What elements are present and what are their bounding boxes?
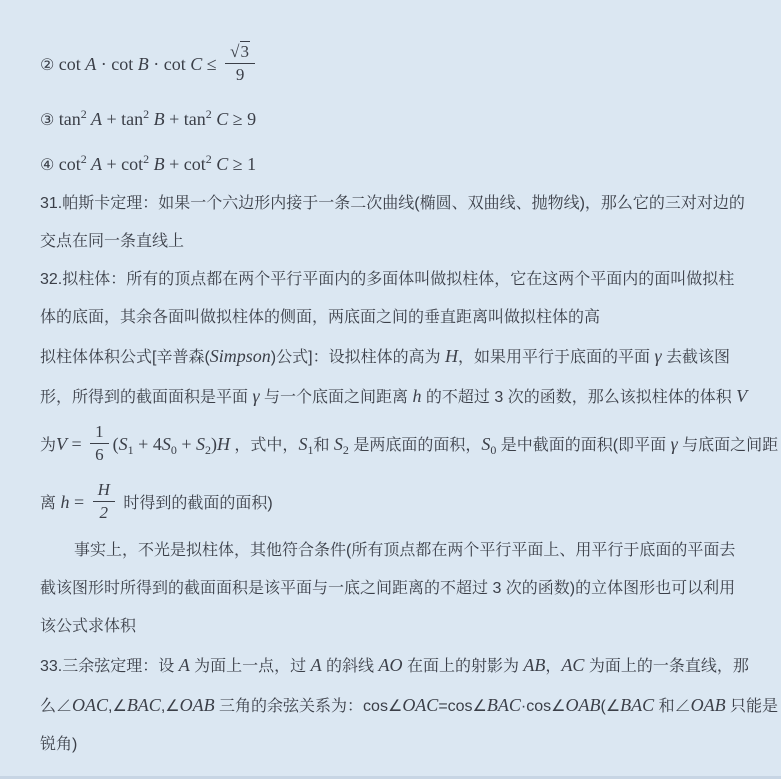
math-variable: B <box>149 154 165 174</box>
math-variable: S <box>119 434 128 454</box>
text-segment: ·cos∠ <box>521 698 566 715</box>
para-33-three-cosines-line-3: 锐角) <box>40 733 751 757</box>
text-segment: + tan <box>165 109 206 129</box>
text-segment: 截该图形时所得到的截面面积是该平面与一底之间距离的不超过 3 次的函数)的立体图… <box>40 580 735 597</box>
text-segment: ② <box>40 57 59 74</box>
text-segment: 去截该图 <box>662 349 730 366</box>
math-variable: B <box>149 109 165 129</box>
formula-half-height: 离 h = H2 时得到的截面的面积) <box>40 482 751 526</box>
document-page: ② cot A · cot B · cot C ≤ √39③ tan2 A + … <box>0 0 781 757</box>
text-segment: 是两底面的面积， <box>349 437 481 454</box>
math-variable: OAC <box>72 695 108 715</box>
fraction: √39 <box>225 42 255 86</box>
text-segment: 32.拟柱体：所有的顶点都在两个平行平面内的多面体叫做拟柱体，它在这两个平面内的… <box>40 271 734 288</box>
math-variable: A <box>87 109 102 129</box>
math-variable: BAC <box>620 695 654 715</box>
text-segment: 的不超过 3 次的函数，那么该拟柱体的体积 <box>421 389 736 406</box>
math-variable: A <box>311 655 322 675</box>
radicand: 3 <box>240 41 251 61</box>
formula-prismatoid-volume: 为V = 16(S1 + 4S0 + S2)H ，式中，S1和 S2 是两底面的… <box>40 424 751 468</box>
fraction-numerator: H <box>93 480 115 502</box>
text-segment: 只能是 <box>726 698 778 715</box>
text-segment: = <box>67 434 86 454</box>
text-segment: 形，所得到的截面面积是平面 <box>40 389 252 406</box>
text-segment: 为面上的一条直线，那 <box>584 658 748 675</box>
radical-sign: √ <box>230 42 239 61</box>
math-variable: S <box>481 434 490 454</box>
para-32-prismatoid-line-1: 32.拟柱体：所有的顶点都在两个平行平面内的多面体叫做拟柱体，它在这两个平面内的… <box>40 268 751 292</box>
formula-cot-squared-sum: ④ cot2 A + cot2 B + cot2 C ≥ 1 <box>40 147 751 178</box>
fraction-denominator: 9 <box>236 64 245 85</box>
math-variable: AO <box>379 655 403 675</box>
math-variable: C <box>190 54 202 74</box>
text-segment: 事实上，不光是拟柱体，其他符合条件(所有顶点都在两个平行平面上、用平行于底面的平… <box>74 542 735 559</box>
text-segment: )公式]：设拟柱体的高为 <box>271 349 445 366</box>
text-segment: ，式中， <box>230 437 298 454</box>
fraction-denominator: 2 <box>100 502 109 523</box>
text-segment: ≥ 9 <box>228 109 256 129</box>
math-variable: S <box>196 434 205 454</box>
math-variable: S <box>162 434 171 454</box>
math-variable: H <box>445 346 458 366</box>
text-segment: ④ <box>40 157 59 174</box>
para-32-prismatoid-line-2: 体的底面，其余各面叫做拟柱体的侧面，两底面之间的垂直距离叫做拟柱体的高 <box>40 306 751 330</box>
para-31-pascal-line-1: 31.帕斯卡定理：如果一个六边形内接于一条二次曲线(椭圆、双曲线、抛物线)，那么… <box>40 192 751 216</box>
text-segment: 该公式求体积 <box>40 618 136 635</box>
text-segment: 与一个底面之间距离 <box>260 389 413 406</box>
text-segment: ,∠ <box>108 698 127 715</box>
text-segment: 为 <box>40 437 56 454</box>
para-31-pascal-line-2: 交点在同一条直线上 <box>40 230 751 254</box>
text-segment: 33.三余弦定理：设 <box>40 658 179 675</box>
math-variable: C <box>212 154 229 174</box>
text-segment: · cot <box>96 54 137 74</box>
para-fact-line-3: 该公式求体积 <box>40 615 751 639</box>
text-segment: + cot <box>165 154 206 174</box>
para-simpson-line-1: 拟柱体体积公式[辛普森(Simpson)公式]：设拟柱体的高为 H，如果用平行于… <box>40 344 751 370</box>
math-variable: OAB <box>180 695 215 715</box>
text-segment: 三角的余弦关系为：cos∠ <box>215 698 403 715</box>
text-segment: ,∠ <box>161 698 180 715</box>
fraction-numerator: 1 <box>90 422 109 444</box>
math-variable: H <box>217 434 230 454</box>
math-variable: BAC <box>127 695 161 715</box>
text-segment: 和∠ <box>654 698 690 715</box>
text-segment: cot <box>59 154 81 174</box>
math-variable: S <box>334 434 343 454</box>
text-segment: 和 <box>313 437 333 454</box>
math-variable: γ <box>671 434 678 454</box>
text-segment: tan <box>59 109 81 129</box>
fraction-denominator: 6 <box>95 444 104 465</box>
math-variable: Simpson <box>210 346 271 366</box>
math-variable: AB <box>523 655 545 675</box>
text-segment: 时得到的截面的面积) <box>119 495 273 512</box>
text-segment: 么∠ <box>40 698 72 715</box>
para-simpson-line-2: 形，所得到的截面面积是平面 γ 与一个底面之间距离 h 的不超过 3 次的函数，… <box>40 384 751 410</box>
text-segment: + tan <box>102 109 143 129</box>
math-variable: OAB <box>565 695 600 715</box>
text-segment: cot <box>59 54 86 74</box>
math-variable: AC <box>561 655 584 675</box>
text-segment: · cot <box>149 54 190 74</box>
math-variable: C <box>212 109 229 129</box>
text-segment: 离 <box>40 495 60 512</box>
text-segment: ， <box>545 658 561 675</box>
math-variable: γ <box>654 346 661 366</box>
para-33-three-cosines-line-1: 33.三余弦定理：设 A 为面上一点，过 A 的斜线 AO 在面上的射影为 AB… <box>40 653 751 679</box>
text-segment: 的斜线 <box>322 658 379 675</box>
math-variable: A <box>87 154 102 174</box>
math-variable: B <box>138 54 149 74</box>
formula-tan-squared-sum: ③ tan2 A + tan2 B + tan2 C ≥ 9 <box>40 102 751 133</box>
math-variable: V <box>736 386 747 406</box>
math-variable: V <box>56 434 67 454</box>
formula-cot-product: ② cot A · cot B · cot C ≤ √39 <box>40 44 751 88</box>
text-segment: + cot <box>102 154 143 174</box>
math-variable: A <box>85 54 96 74</box>
math-variable: γ <box>252 386 259 406</box>
text-segment: 拟柱体体积公式[辛普森( <box>40 349 210 366</box>
fraction: 16 <box>90 422 109 466</box>
text-segment: 锐角) <box>40 736 77 753</box>
math-variable: A <box>179 655 190 675</box>
math-variable: BAC <box>487 695 521 715</box>
text-segment: 是中截面的面积(即平面 <box>496 437 670 454</box>
text-segment: + 4 <box>134 434 162 454</box>
text-segment: (∠ <box>600 698 620 715</box>
text-segment: 与底面之间距 <box>678 437 778 454</box>
text-segment: + <box>177 434 196 454</box>
text-segment: = <box>69 492 88 512</box>
para-fact-line-2: 截该图形时所得到的截面面积是该平面与一底之间距离的不超过 3 次的函数)的立体图… <box>40 577 751 601</box>
text-segment: =cos∠ <box>438 698 487 715</box>
text-segment: ，如果用平行于底面的平面 <box>458 349 654 366</box>
text-segment: ③ <box>40 112 59 129</box>
fraction-numerator: √3 <box>225 42 255 64</box>
text-segment: 为面上一点，过 <box>190 658 311 675</box>
para-33-three-cosines-line-2: 么∠OAC,∠BAC,∠OAB 三角的余弦关系为：cos∠OAC=cos∠BAC… <box>40 693 751 719</box>
math-variable: OAC <box>402 695 438 715</box>
math-variable: OAB <box>691 695 726 715</box>
text-segment: ≤ <box>202 54 221 74</box>
text-segment: ≥ 1 <box>228 154 256 174</box>
text-segment: 体的底面，其余各面叫做拟柱体的侧面，两底面之间的垂直距离叫做拟柱体的高 <box>40 309 600 326</box>
text-segment: 交点在同一条直线上 <box>40 233 184 250</box>
text-segment: 在面上的射影为 <box>403 658 524 675</box>
fraction: H2 <box>93 480 115 524</box>
para-fact-line-1: 事实上，不光是拟柱体，其他符合条件(所有顶点都在两个平行平面上、用平行于底面的平… <box>40 539 751 563</box>
text-segment: 31.帕斯卡定理：如果一个六边形内接于一条二次曲线(椭圆、双曲线、抛物线)，那么… <box>40 195 745 212</box>
